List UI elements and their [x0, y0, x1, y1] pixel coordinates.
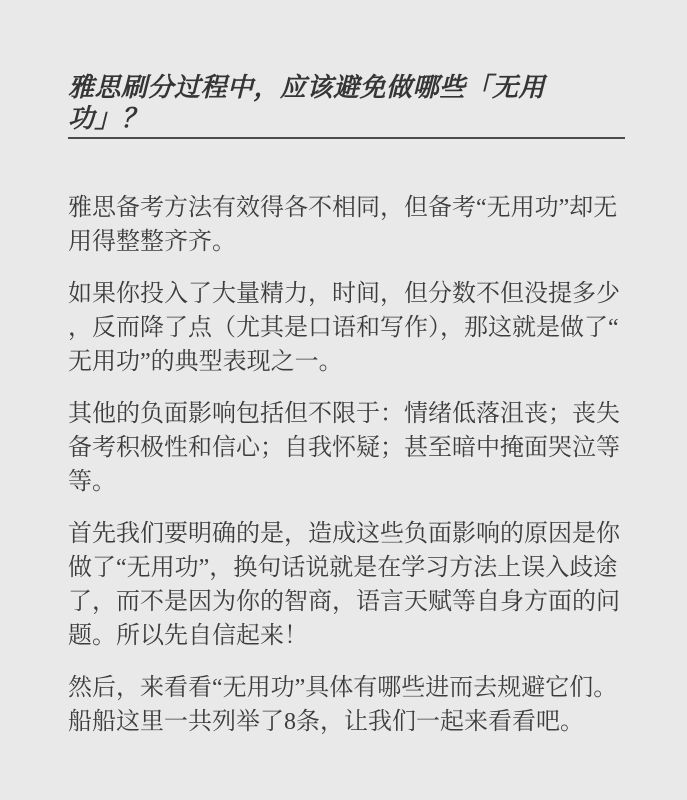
page-title: 雅思刷分过程中，应该避免做哪些「无用功」？ — [68, 72, 625, 139]
article-body: 雅思备考方法有效得各不相同，但备考“无用功”却无用得整整齐齐。 如果你投入了大量… — [68, 191, 625, 739]
article-paragraph: 然后，来看看“无用功”具体有哪些进而去规避它们。船船这里一共列举了8条，让我们一… — [68, 671, 625, 739]
article-paragraph: 首先我们要明确的是，造成这些负面影响的原因是你做了“无用功”，换句话说就是在学习… — [68, 517, 625, 653]
article-paragraph: 如果你投入了大量精力，时间，但分数不但没提多少，反而降了点（尤其是口语和写作），… — [68, 277, 625, 379]
article-paragraph: 雅思备考方法有效得各不相同，但备考“无用功”却无用得整整齐齐。 — [68, 191, 625, 259]
article-page: 雅思刷分过程中，应该避免做哪些「无用功」？ 雅思备考方法有效得各不相同，但备考“… — [0, 0, 687, 800]
article-paragraph: 其他的负面影响包括但不限于：情绪低落沮丧；丧失备考积极性和信心；自我怀疑；甚至暗… — [68, 397, 625, 499]
page-title-text: 雅思刷分过程中，应该避免做哪些「无用功」？ — [68, 72, 625, 139]
